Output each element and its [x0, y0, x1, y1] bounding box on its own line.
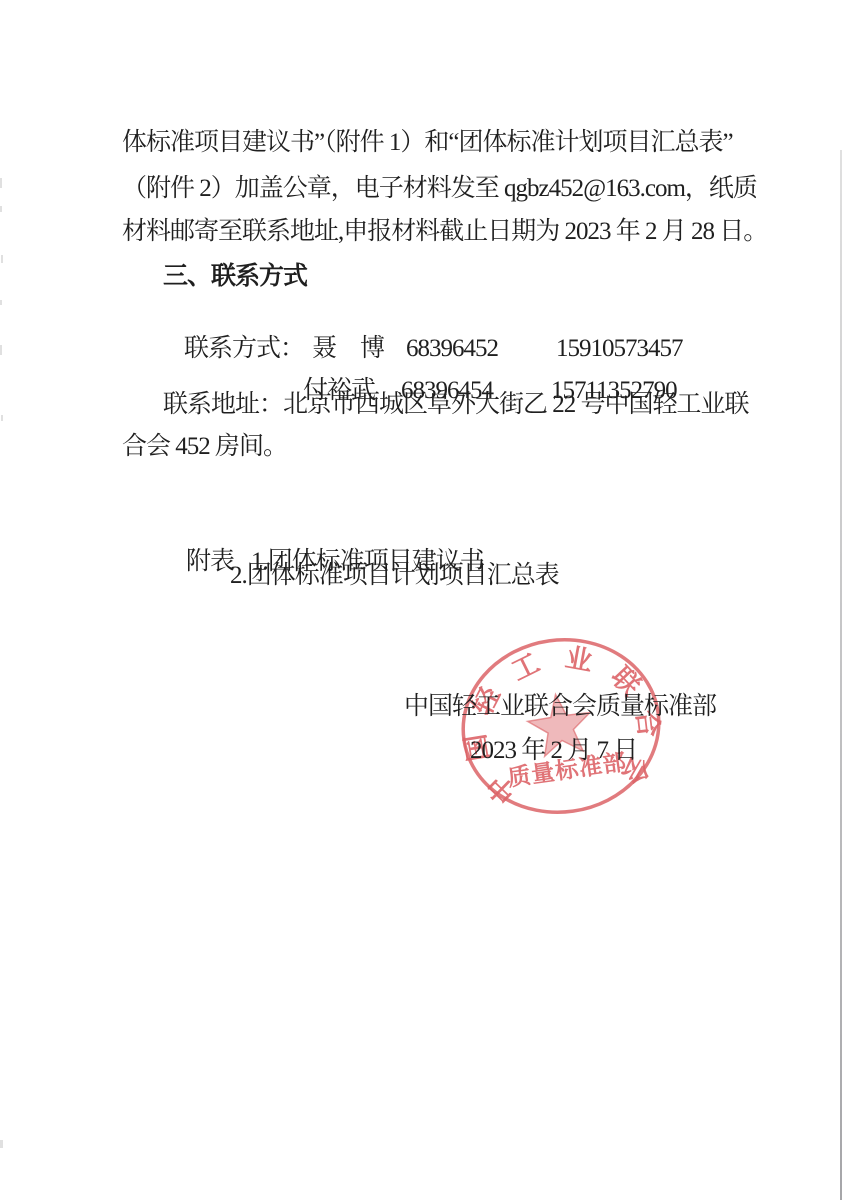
scan-artifact: [1, 255, 3, 263]
scan-artifact: [1, 415, 3, 421]
scan-artifact: [0, 206, 2, 212]
scan-artifact: [0, 300, 2, 305]
address-line-2: 合会 452 房间。: [122, 432, 287, 462]
address-line-1: 联系地址：北京市西城区阜外大街乙 22 号中国轻工业联: [163, 390, 749, 420]
paragraph-line-2: （附件 2）加盖公章，电子材料发至 qgbz452@163.com，纸质: [122, 174, 757, 204]
scan-artifact: [0, 1140, 3, 1148]
paragraph-line-1: 体标准项目建议书”（附件 1）和“团体标准计划项目汇总表”: [122, 128, 733, 158]
paragraph-line-3: 材料邮寄至联系地址,申报材料截止日期为 2023 年 2 月 28 日。: [122, 217, 767, 247]
scan-artifact: [0, 178, 2, 188]
svg-text:业: 业: [563, 642, 595, 676]
signature-date: 2023 年 2 月 7 日: [470, 736, 637, 766]
attachment-label: 附表: [186, 548, 234, 575]
section-heading: 三、联系方式: [163, 262, 307, 292]
official-seal: 中国轻工业联合会 质量标准部: [455, 630, 667, 822]
attachment-item: 2.团体标准项目计划项目汇总表: [230, 561, 559, 591]
signature-organization: 中国轻工业联合会质量标准部: [404, 692, 716, 722]
document-page: 体标准项目建议书”（附件 1）和“团体标准计划项目汇总表” （附件 2）加盖公章…: [0, 0, 848, 1200]
scan-artifact: [0, 345, 2, 355]
scan-edge-line: [840, 150, 842, 1200]
